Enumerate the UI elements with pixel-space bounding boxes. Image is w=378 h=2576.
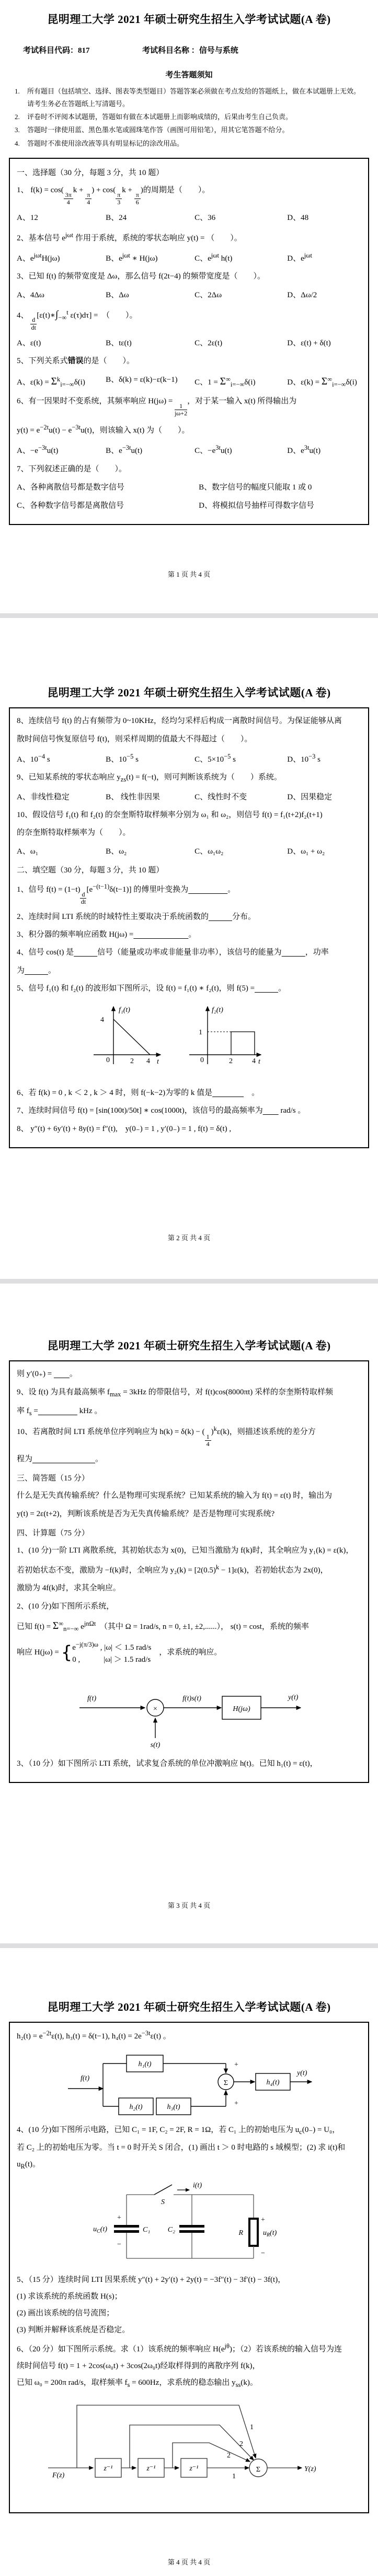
section-heading: 一、选择题（30 分，每题 3 分，共 10 题） bbox=[17, 167, 361, 178]
option-item: C、线性时不变 bbox=[194, 791, 287, 803]
tap-gain-1: 2 bbox=[239, 2440, 243, 2448]
question-line: 什么是无失真传输系统？什么是物理可实现系统？已知某系统的输入为 f(t) = ε… bbox=[17, 1490, 361, 1502]
question-line: 5、（15 分）连续时间 LTI 因果系统 y″(t) + 2y′(t) + 2… bbox=[17, 2274, 361, 2286]
tap-gain-0: 1 bbox=[250, 2423, 254, 2431]
question-line: y(t) = 2ε(t+2)，判断该系统是否为无失真传输系统？是否是物理可实现系… bbox=[17, 1508, 361, 1520]
question-line: 的奈奎斯特取样频率为（ ）。 bbox=[17, 827, 361, 839]
page-separator bbox=[0, 613, 378, 618]
f2-tick-2: 2 bbox=[229, 1057, 233, 1065]
question-line: 4、 ddt[ε(t)∗∫−∞t ε(τ)dτ] = （ ）。 bbox=[17, 307, 361, 331]
page-number: 第 1 页 共 4 页 bbox=[0, 562, 378, 579]
option-item: A、各种离散信号都是数字信号 bbox=[17, 482, 199, 494]
plus-bottom-label: + bbox=[234, 2100, 238, 2107]
option-item: D、e3tu(t) bbox=[287, 443, 361, 457]
figure-multiplier-system: f(t) × f(t)s(t) H(jω) y(t) s(t) bbox=[66, 1671, 312, 1750]
c1-plus-sign: + bbox=[117, 2214, 121, 2222]
question-line: (3) 判断并解释该系统是否稳定。 bbox=[17, 2324, 361, 2336]
question-line: 4、(10 分)如下图所示电路，已知 C₁ = 1F, C₂ = 2F, R =… bbox=[17, 2124, 361, 2137]
subject-name: 考试科目名称 ：信号与系统 bbox=[142, 44, 238, 55]
product-label: f(t)s(t) bbox=[182, 1695, 201, 1703]
option-item: D、ε(t) + δ(t) bbox=[287, 337, 361, 349]
question-line: 1、 f(k) = cos(3π4k + π4) + cos(π3k + π6)… bbox=[17, 184, 361, 206]
filter-block-label: H(jω) bbox=[232, 1705, 250, 1713]
notice-item: 评卷时不评阅本试题册，答题如有做在本试题册上而影响成绩的，后果由考生自己负责。 bbox=[15, 111, 362, 123]
options-row: A、12B、24C、36D、48 bbox=[17, 212, 361, 224]
f1-tick-2: 2 bbox=[130, 1057, 134, 1065]
options-row: A、10−4 sB、10−5 sC、5×10−5 sD、10−3 s bbox=[17, 752, 361, 766]
option-item: C、ω₁ω₂ bbox=[194, 846, 287, 858]
options-row: A、ε(k) = Σki=−∞δ(i)B、δ(k) = ε(k)−ε(k−1)C… bbox=[17, 374, 361, 390]
sum-icon: Σ bbox=[256, 2466, 260, 2474]
page-title: 昆明理工大学 2021 年硕士研究生招生入学考试试题(A 卷) bbox=[0, 13, 378, 27]
question-line: 2、(10 分)如下图所示系统， bbox=[17, 1601, 361, 1613]
option-item: B、e−3tu(t) bbox=[106, 443, 194, 457]
h3-block-label: h₃(t) bbox=[167, 2103, 180, 2111]
question-line: 9、已知某系统的零状态响应 yzs(t) = f(−t)，则可判断该系统为（ ）… bbox=[17, 772, 361, 785]
f2-origin: 0 bbox=[200, 1056, 204, 1064]
subject-code: 考试科目代码：817 bbox=[23, 44, 142, 55]
option-item: B、δ(k) = ε(k)−ε(k−1) bbox=[106, 374, 194, 390]
question-line: h₂(t) = e−2tε(t), h₃(t) = δ(t−1), h₄(t) … bbox=[17, 2029, 361, 2043]
option-item: D、Δω/2 bbox=[287, 289, 361, 301]
f2-tick-4: 4 bbox=[252, 1057, 256, 1065]
question-line: 响应 H(jω) = {e−j(π/3)ω , |ω| ＜ 1.5 rad/s0… bbox=[17, 1640, 361, 1665]
options-row: A、ω₁B、ω₂C、ω₁ω₂D、ω₁ + ω₂ bbox=[17, 846, 361, 858]
page-title: 昆明理工大学 2021 年硕士研究生招生入学考试试题(A 卷) bbox=[0, 2000, 378, 2014]
options-row: A、ejωtH(jω)B、ejωt ∗ H(jω)C、ejωt h(t)D、ej… bbox=[17, 251, 361, 265]
questions-box: 则 y′(0₊) = 。9、设 f(t) 为具有最高频率 fmax = 3kHz… bbox=[9, 1360, 369, 1783]
question-line: 2、连续时间 LTI 系统的时域特性主要取决于系统函数的 分布。 bbox=[17, 911, 361, 923]
question-line: 率 fs = kHz 。 bbox=[17, 1405, 361, 1418]
carrier-label: s(t) bbox=[150, 1741, 160, 1749]
f1-origin: 0 bbox=[106, 1056, 110, 1064]
current-label: i(t) bbox=[193, 2182, 202, 2189]
question-line: 若初始状态不变，激励为 −f(k)时，全响应为 y₂(k) = [2(0.5)k… bbox=[17, 1563, 361, 1577]
question-line: (2) 画出该系统的信号流图； bbox=[17, 2307, 361, 2319]
notice-item: 答题时一律使用蓝、黑色墨水笔或圆珠笔作答（画图可用铅笔），用其它笔答题不给分。 bbox=[15, 124, 362, 136]
page-2: 昆明理工大学 2021 年硕士研究生招生入学考试试题(A 卷) 8、连续信号 f… bbox=[0, 618, 378, 1279]
option-item: C、36 bbox=[194, 212, 287, 224]
option-item: C、5×10−5 s bbox=[194, 752, 287, 766]
switch-label: S bbox=[161, 2198, 165, 2206]
f1-tick-4: 4 bbox=[146, 1057, 150, 1065]
question-line: 6、有一因果时不变系统，其频率响应 H(jω) = 1jω+2，对于某一输入 x… bbox=[17, 395, 361, 417]
question-line: 7、连续时间信号 f(t) = [sin(100t)/50t] ∗ cos(10… bbox=[17, 1105, 361, 1117]
page-title: 昆明理工大学 2021 年硕士研究生招生入学考试试题(A 卷) bbox=[0, 686, 378, 700]
h2-block-label: h₂(t) bbox=[129, 2103, 142, 2111]
option-item: D、10−3 s bbox=[287, 752, 361, 766]
sum-icon: Σ bbox=[223, 2079, 227, 2087]
option-item: D、ε(k) = Σ∞i=−∞δ(i) bbox=[287, 374, 361, 390]
question-line: 为 。 bbox=[17, 965, 361, 977]
option-item: A、ε(k) = Σki=−∞δ(i) bbox=[17, 374, 106, 390]
question-line: 2、基本信号 ejωt 作用于系统，系统的零状态响应 y(t) = （ ）。 bbox=[17, 230, 361, 244]
question-line: 3、积分器的频率响应函数 H(jω) = 。 bbox=[17, 929, 361, 941]
option-item: B、Δω bbox=[106, 289, 194, 301]
delay-block-3: z⁻¹ bbox=[189, 2465, 198, 2473]
question-line: 5、信号 f₁(t) 和 f₂(t) 的波形如下图所示，设 f(t) = f₁(… bbox=[17, 983, 361, 995]
option-item: C、2ε(t) bbox=[194, 337, 287, 349]
question-line: 已知 ω₀ = 200π rad/s，取样频率 fs = 600Hz，求系统的稳… bbox=[17, 2377, 361, 2390]
r-label: R bbox=[238, 2229, 243, 2237]
section-heading: 二、填空题（30 分，每题 3 分，共 10 题） bbox=[17, 864, 361, 875]
input-label: f(t) bbox=[87, 1695, 96, 1703]
options-row: A、ε(t)B、tε(t)C、2ε(t)D、ε(t) + δ(t) bbox=[17, 337, 361, 349]
f2-axis-label: f₂(t) bbox=[212, 1006, 223, 1014]
options-row: A、−e−3tu(t)B、e−3tu(t)C、−e3tu(t)D、e3tu(t) bbox=[17, 443, 361, 457]
figure-mult: f(t) × f(t)s(t) H(jω) y(t) s(t) bbox=[17, 1671, 361, 1752]
r-plus-sign: + bbox=[261, 2216, 265, 2224]
option-item: C、1 = Σ∞i=−∞δ(i) bbox=[194, 374, 287, 390]
option-item: B、 线性非因果 bbox=[106, 791, 194, 803]
question-line: 已知 f(t) = Σ∞n=−∞ ejnΩt （其中 Ω = 1rad/s, n… bbox=[17, 1618, 361, 1634]
question-line: 3、已知 f(t) 的频带宽度是 Δω，那么信号 f(2t−4) 的频带宽度是（… bbox=[17, 271, 361, 283]
c1-label: C₁ bbox=[143, 2226, 150, 2234]
tap-gain-3: 1 bbox=[232, 2473, 236, 2480]
f2-peak-label: 1 bbox=[199, 1029, 202, 1036]
option-item: B、ω₂ bbox=[106, 846, 194, 858]
figure-parallel-system: f(t) h₁(t) + h₂(t) h₃(t) + Σ h₄(t) y(t) bbox=[53, 2048, 325, 2117]
question-line: 9、设 f(t) 为具有最高频率 fmax = 3kHz 的带限信号，对 f(t… bbox=[17, 1386, 361, 1400]
option-item: A、ε(t) bbox=[17, 337, 106, 349]
notice-title: 考生答题须知 bbox=[0, 69, 378, 80]
question-line: uR(t)。 bbox=[17, 2159, 361, 2172]
notice-list: 所有题目（包括填空、选择、图表等类型题目）答题答案必须做在考点发给的答题纸上，做… bbox=[15, 85, 362, 150]
question-line: 散时间信号恢复原信号 f(t)，则采样周期的值最大不得超过（ ）。 bbox=[17, 733, 361, 745]
question-line: 7、下列叙述正确的是（ ）。 bbox=[17, 463, 361, 475]
notice-item: 答题时不准使用涂改液等具有明显标记的涂改用品。 bbox=[15, 137, 362, 149]
questions-box: 一、选择题（30 分，每题 3 分，共 10 题）1、 f(k) = cos(3… bbox=[9, 158, 369, 525]
question-line: 续时间信号 f(t) = 1 + 2cos(ω₀t) + 3cos(2ω₀t)经… bbox=[17, 2360, 361, 2372]
question-line: 6、（20 分）如下图所示系统。求（1）该系统的频率响应 H(ejθ)；（2）若… bbox=[17, 2341, 361, 2356]
uc-label: uC(t) bbox=[93, 2225, 107, 2234]
option-item: A、ω₁ bbox=[17, 846, 106, 858]
figure-fir: F(z) z⁻¹ z⁻¹ z⁻¹ 1 1 2 2 Σ Y(z) bbox=[17, 2395, 361, 2502]
option-item: D、ω₁ + ω₂ bbox=[287, 846, 361, 858]
question-line: 5、下列关系式错误的是（ ）。 bbox=[17, 355, 361, 367]
option-item: B、数字信号的幅度只能取 1 或 0 bbox=[199, 482, 361, 494]
page-separator bbox=[0, 1279, 378, 1284]
figure-conv: f₁(t) 4 2 4 t 0 f₂(t) 1 2 4 t 0 bbox=[17, 1000, 361, 1081]
question-line: 6、若 f(k) = 0 , k ＜ 2 , k ＞ 4 时，则 f(−k−2)… bbox=[17, 1087, 361, 1099]
input-label: f(t) bbox=[81, 2074, 89, 2082]
delay-block-2: z⁻¹ bbox=[146, 2465, 155, 2473]
page-title: 昆明理工大学 2021 年硕士研究生招生入学考试试题(A 卷) bbox=[0, 1339, 378, 1353]
option-item: B、ejωt ∗ H(jω) bbox=[106, 251, 194, 265]
question-line: 1、信号 f(t) = (1−t)ddt[e−(t−1)δ(t−1)] 的傅里叶… bbox=[17, 882, 361, 905]
questions-box: 8、连续信号 f(t) 的占有频带为 0~10KHz，经均匀采样后构成一离散时间… bbox=[9, 707, 369, 1148]
f1-peak-label: 4 bbox=[100, 1016, 104, 1024]
option-item: D、因果稳定 bbox=[287, 791, 361, 803]
question-line: 则 y′(0₊) = 。 bbox=[17, 1368, 361, 1380]
option-item: D、ejωt bbox=[287, 251, 361, 265]
question-line: 程为 。 bbox=[17, 1453, 361, 1465]
option-item: A、ejωtH(jω) bbox=[17, 251, 106, 265]
options-row: A、各种离散信号都是数字信号B、数字信号的幅度只能取 1 或 0 bbox=[17, 482, 361, 494]
figure-adder: f(t) h₁(t) + h₂(t) h₃(t) + Σ h₄(t) y(t) bbox=[17, 2048, 361, 2119]
delay-block-1: z⁻¹ bbox=[103, 2465, 112, 2473]
section-heading: 四、计算题（75 分） bbox=[17, 1527, 361, 1538]
section-heading: 三、简答题（15 分） bbox=[17, 1472, 361, 1483]
c1-minus-sign: − bbox=[117, 2241, 121, 2248]
option-item: B、10−5 s bbox=[106, 752, 194, 766]
f1-t-label: t bbox=[157, 1058, 159, 1066]
f1-axis-label: f₁(t) bbox=[119, 1006, 130, 1014]
option-item: A、−e−3tu(t) bbox=[17, 443, 106, 457]
options-row: A、非线性稳定B、 线性非因果C、线性时不变D、因果稳定 bbox=[17, 791, 361, 803]
page-separator bbox=[0, 1943, 378, 1948]
output-label: y(t) bbox=[287, 1694, 299, 1701]
figure-rc-circuit: S i(t) C₁ uC(t) + − C₂ R + uR(t) − bbox=[66, 2177, 312, 2267]
exam-paper: 昆明理工大学 2021 年硕士研究生招生入学考试试题(A 卷) 考试科目代码：8… bbox=[0, 0, 378, 2576]
question-line: (1) 求该系统的系统函数 H(s)； bbox=[17, 2291, 361, 2303]
figure-fir-flow-graph: F(z) z⁻¹ z⁻¹ z⁻¹ 1 1 2 2 Σ Y(z) bbox=[32, 2395, 346, 2499]
page-3: 昆明理工大学 2021 年硕士研究生招生入学考试试题(A 卷) 则 y′(0₊)… bbox=[0, 1284, 378, 1943]
page-number: 第 4 页 共 4 页 bbox=[0, 2549, 378, 2567]
question-line: 1、(10 分)一阶 LTI 离散系统，其初始状态为 x(0)，已知当激励为 f… bbox=[17, 1545, 361, 1557]
output-label: y(t) bbox=[296, 2069, 307, 2077]
h4-block-label: h₄(t) bbox=[266, 2079, 279, 2087]
figure-convolution-signals: f₁(t) 4 2 4 t 0 f₂(t) 1 2 4 t 0 bbox=[77, 1000, 302, 1079]
options-row: C、各种数字信号都是离散信号D、将模拟信号抽样可得数字信号 bbox=[17, 500, 361, 512]
option-item: C、各种数字信号都是离散信号 bbox=[17, 500, 199, 512]
page-number: 第 3 页 共 4 页 bbox=[0, 1893, 378, 1910]
question-line: y(t) = e−2tu(t) − e−3tu(t)，则该输入 x(t) 为（ … bbox=[17, 423, 361, 437]
option-item: D、48 bbox=[287, 212, 361, 224]
multiply-icon: × bbox=[153, 1705, 157, 1713]
option-item: D、将模拟信号抽样可得数字信号 bbox=[199, 500, 361, 512]
option-item: A、4Δω bbox=[17, 289, 106, 301]
tap-gain-2: 2 bbox=[227, 2452, 231, 2460]
options-row: A、4ΔωB、ΔωC、2ΔωD、Δω/2 bbox=[17, 289, 361, 301]
page-4: 昆明理工大学 2021 年硕士研究生招生入学考试试题(A 卷) h₂(t) = … bbox=[0, 1948, 378, 2576]
option-item: A、非线性稳定 bbox=[17, 791, 106, 803]
question-line: 8、 y″(t) + 6y′(t) + 8y(t) = f″(t), y(0₋)… bbox=[17, 1123, 361, 1135]
c2-label: C₂ bbox=[167, 2226, 175, 2234]
option-item: A、10−4 s bbox=[17, 752, 106, 766]
question-line: 激励为 4f(k)时，求其全响应。 bbox=[17, 1582, 361, 1594]
option-item: C、2Δω bbox=[194, 289, 287, 301]
input-label: F(z) bbox=[52, 2472, 65, 2479]
h1-block-label: h₁(t) bbox=[138, 2060, 151, 2068]
question-line: 10、若离散时间 LTI 系统单位序列响应为 h(k) = δ(k) − (14… bbox=[17, 1424, 361, 1448]
notice-item: 所有题目（包括填空、选择、图表等类型题目）答题答案必须做在考点发给的答题纸上，做… bbox=[15, 85, 362, 110]
option-item: B、24 bbox=[106, 212, 194, 224]
option-item: B、tε(t) bbox=[106, 337, 194, 349]
page-number: 第 2 页 共 4 页 bbox=[0, 1225, 378, 1242]
question-line: 8、连续信号 f(t) 的占有频带为 0~10KHz，经均匀采样后构成一离散时间… bbox=[17, 715, 361, 727]
question-line: 3、（10 分）如下图所示 LTI 系统，试求复合系统的单位冲激响应 h(t)。… bbox=[17, 1758, 361, 1770]
subject-row: 考试科目代码：817 考试科目名称 ：信号与系统 bbox=[23, 44, 378, 55]
plus-top-label: + bbox=[234, 2061, 238, 2069]
f2-t-label: t bbox=[258, 1058, 261, 1066]
figure-circuit: S i(t) C₁ uC(t) + − C₂ R + uR(t) − bbox=[17, 2177, 361, 2269]
question-line: 4、信号 cos(t) 是 信号（能量或功率或非能量非功率），该信号的能量为 ，… bbox=[17, 947, 361, 959]
question-line: 若 C₂ 上的初始电压为零。当 t = 0 时开关 S 闭合，(1) 画出 t … bbox=[17, 2142, 361, 2154]
questions-box: h₂(t) = e−2tε(t), h₃(t) = δ(t−1), h₄(t) … bbox=[9, 2022, 369, 2513]
option-item: C、ejωt h(t) bbox=[194, 251, 287, 265]
option-item: A、12 bbox=[17, 212, 106, 224]
option-item: C、−e3tu(t) bbox=[194, 443, 287, 457]
output-label: Y(z) bbox=[304, 2465, 316, 2473]
question-line: 10、假设信号 f₁(t) 和 f₂(t) 的奈奎斯特取样频率分别为 ω₁ 和 … bbox=[17, 809, 361, 821]
page-1: 昆明理工大学 2021 年硕士研究生招生入学考试试题(A 卷) 考试科目代码：8… bbox=[0, 0, 378, 613]
ur-label: uR(t) bbox=[263, 2229, 277, 2238]
r-minus-sign: − bbox=[261, 2249, 265, 2257]
